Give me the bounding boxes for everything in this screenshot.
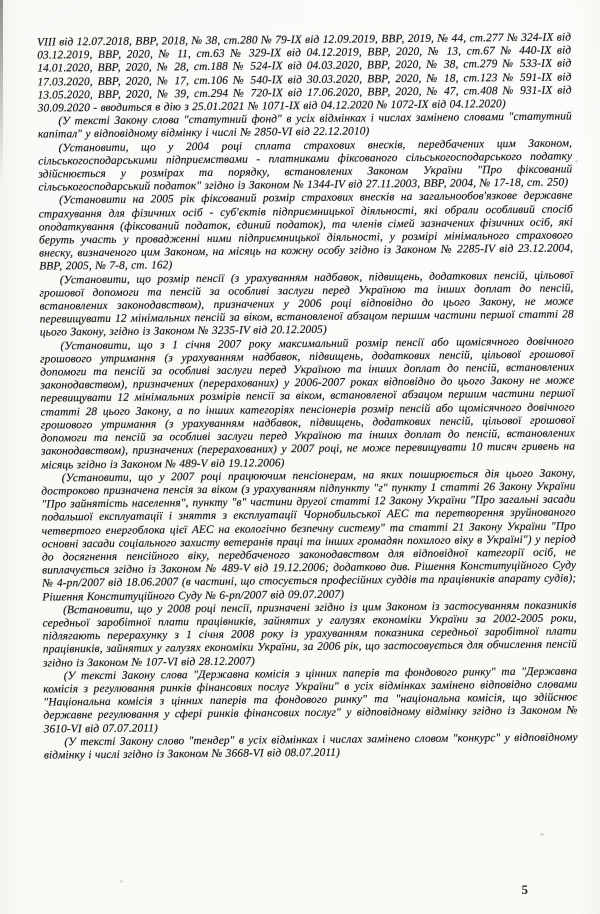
paragraph-commission-rename: (У тексті Закону слова "Державна комісія… [43,665,578,736]
paragraph-2004-insurance-contributions: (Установити, що у 2004 році сплата страх… [38,137,572,195]
page-number: 5 [522,882,529,898]
paragraph-2008-pension-recalculation: (Встановити, що у 2008 році пенсії, приз… [42,599,577,670]
paragraph-amendment-list: VIII від 12.07.2018, ВВР, 2018, № 38, ст… [37,31,572,115]
scan-speck [575,160,578,163]
scanned-document-page: VIII від 12.07.2018, ВВР, 2018, № 38, ст… [0,0,600,914]
paragraph-2007-pension-cap: (Установити, що з 1 січня 2007 року макс… [40,335,575,472]
paragraph-tender-konkurs-replacement: (У тексті Закону слово "тендер" в усіх в… [44,731,578,763]
scan-speck [540,833,544,836]
paragraph-2007-working-pensioners: (Установити, що у 2007 році працюючим пе… [41,467,576,604]
scan-speck [120,880,123,883]
document-body: VIII від 12.07.2018, ВВР, 2018, № 38, ст… [37,31,578,762]
scanner-edge-artifact [0,0,3,185]
paragraph-2005-fixed-contribution: (Установити на 2005 рік фіксований розмі… [39,190,574,274]
paragraph-2006-pension-cap: (Установити, що розмір пенсії (з урахува… [39,269,574,340]
